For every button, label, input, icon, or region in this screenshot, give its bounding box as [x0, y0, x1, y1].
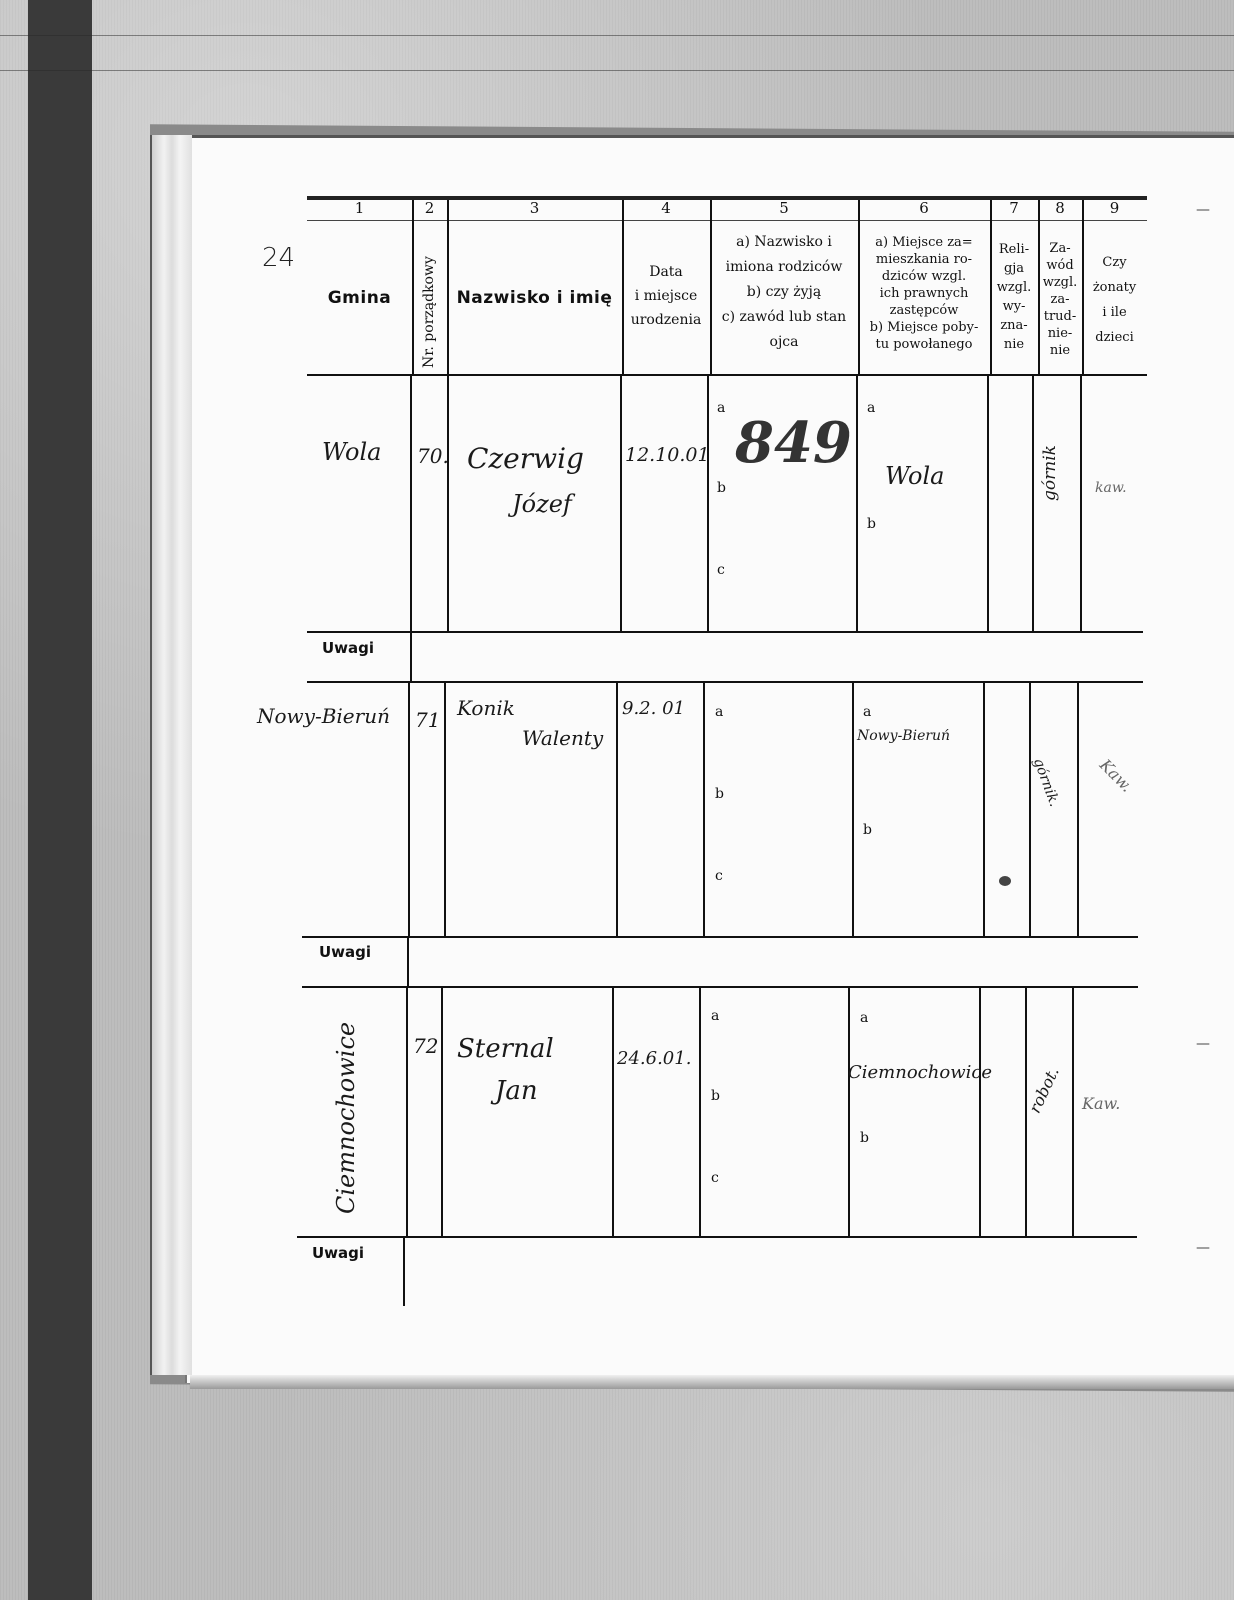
header-parents: a) Nazwisko i imiona rodziców b) czy żyj…	[710, 230, 858, 355]
column-divider	[1080, 376, 1082, 631]
column-number-divider	[307, 220, 1147, 221]
column-number-5: 5	[710, 199, 858, 217]
header-line: za-	[1038, 291, 1082, 308]
book-binding-shadow	[28, 0, 92, 1600]
entry-surname: Konik	[457, 696, 515, 720]
entry-birth-date: 12.10.01	[625, 444, 710, 466]
column-divider	[983, 683, 985, 936]
remarks-label: Uwagi	[312, 1244, 364, 1262]
column-number-6: 6	[858, 199, 990, 217]
column-number-2: 2	[412, 199, 447, 217]
header-line: dzieci	[1082, 325, 1147, 350]
header-line: urodzenia	[622, 312, 710, 328]
column-divider	[707, 376, 709, 631]
remarks-label: Uwagi	[319, 943, 371, 961]
header-line: trud-	[1038, 308, 1082, 325]
remarks-bottom-border	[302, 986, 1138, 988]
header-line: dziców wzgl.	[858, 268, 990, 285]
remarks-divider	[403, 1236, 405, 1306]
column-number-4: 4	[622, 199, 710, 217]
column-divider	[444, 683, 446, 936]
column-divider	[408, 683, 410, 936]
header-line: a) Miejsce za=	[858, 234, 990, 251]
column-divider	[412, 200, 414, 374]
header-line: mieszkania ro-	[858, 251, 990, 268]
header-marital-status: Czy żonaty i ile dzieci	[1082, 250, 1147, 350]
remarks-label: Uwagi	[322, 639, 374, 657]
header-line: Za-	[1038, 240, 1082, 257]
entry-residence-a: Wola	[885, 462, 944, 490]
sub-label-b: b	[715, 786, 724, 802]
column-number-1: 1	[307, 199, 412, 217]
header-line: nie	[990, 335, 1038, 354]
header-line: imiona rodziców	[710, 255, 858, 280]
header-line: c) zawód lub stan	[710, 305, 858, 330]
header-line: wzgl.	[990, 278, 1038, 297]
column-number-7: 7	[990, 199, 1038, 217]
column-divider	[1072, 988, 1074, 1236]
header-line: żonaty	[1082, 275, 1147, 300]
header-line: i ile	[1082, 300, 1147, 325]
entry-given-name: Jan	[495, 1076, 538, 1106]
entry-nr: 71	[415, 708, 440, 732]
entry-given-name: Józef	[512, 490, 572, 518]
column-divider	[1025, 988, 1027, 1236]
header-religion: Reli- gja wzgl. wy- zna- nie	[990, 240, 1038, 354]
header-line: tu powołanego	[858, 336, 990, 353]
header-line: zna-	[990, 316, 1038, 335]
sub-label-b: b	[867, 516, 876, 532]
sub-label-b: b	[863, 822, 872, 838]
sub-label-a: a	[715, 704, 723, 720]
header-line: nie-	[1038, 325, 1082, 342]
header-line: Reli-	[990, 240, 1038, 259]
remarks-divider	[407, 936, 409, 986]
column-number-9: 9	[1082, 199, 1147, 217]
column-divider	[447, 200, 449, 374]
header-nr-porzadkowy: Nr. porządkowy	[421, 256, 437, 368]
entry-residence-a: Ciemnochowice	[848, 1062, 992, 1083]
column-divider	[616, 683, 618, 936]
header-birth-date-place: Data i miejsce urodzenia	[622, 264, 710, 328]
ink-blot	[999, 876, 1011, 886]
entry-gmina: Wola	[322, 438, 381, 466]
column-divider	[406, 988, 408, 1236]
entry-gmina: Nowy-Bieruń	[257, 704, 390, 728]
column-divider	[979, 988, 981, 1236]
remarks-top-border	[307, 631, 1143, 633]
column-divider	[1032, 376, 1034, 631]
header-nazwisko-imie: Nazwisko i imię	[447, 288, 622, 308]
header-residence: a) Miejsce za= mieszkania ro- dziców wzg…	[858, 234, 990, 353]
sub-label-c: c	[715, 868, 723, 884]
column-divider	[848, 988, 850, 1236]
sub-label-c: c	[711, 1170, 719, 1186]
column-divider	[410, 376, 412, 631]
remarks-top-border	[302, 936, 1138, 938]
column-divider	[441, 988, 443, 1236]
sub-label-b: b	[717, 480, 726, 496]
column-divider	[447, 376, 449, 631]
entry-residence-a: Nowy-Bieruń	[857, 728, 950, 744]
entry-surname: Sternal	[457, 1034, 554, 1064]
column-divider	[703, 683, 705, 936]
margin-mark: —	[1196, 1240, 1210, 1256]
header-line: i miejsce	[622, 288, 710, 304]
column-number-8: 8	[1038, 199, 1082, 217]
remarks-divider	[410, 631, 412, 681]
header-occupation: Za- wód wzgl. za- trud- nie- nie	[1038, 240, 1082, 359]
column-divider	[856, 376, 858, 631]
entry-col5-annotation: 849	[735, 410, 852, 476]
entry-nr: 70.	[417, 444, 449, 468]
sub-label-b: b	[711, 1088, 720, 1104]
entry-birth-date: 24.6.01.	[617, 1048, 691, 1069]
header-line: wzgl.	[1038, 274, 1082, 291]
column-divider	[852, 683, 854, 936]
scan-line	[0, 35, 1234, 36]
sub-label-a: a	[867, 400, 875, 416]
sub-label-c: c	[717, 562, 725, 578]
column-divider	[620, 376, 622, 631]
column-divider	[699, 988, 701, 1236]
sub-label-a: a	[717, 400, 725, 416]
sub-label-a: a	[860, 1010, 868, 1026]
column-divider	[1029, 683, 1031, 936]
header-line: Data	[622, 264, 710, 280]
entry-occupation: górnik	[1040, 445, 1060, 501]
header-line: ojca	[710, 330, 858, 355]
remarks-bottom-border	[307, 681, 1143, 683]
page-stack-edges	[150, 135, 192, 1375]
entry-given-name: Walenty	[522, 726, 603, 750]
header-line: b) czy żyją	[710, 280, 858, 305]
margin-mark: —	[1196, 202, 1210, 218]
header-line: b) Miejsce poby-	[858, 319, 990, 336]
entry-gmina: Ciemnochowice	[332, 1022, 360, 1214]
margin-mark: —	[1196, 1036, 1210, 1052]
header-line: nie	[1038, 342, 1082, 359]
entry-marital: kaw.	[1095, 480, 1127, 496]
entry-birth-date: 9.2. 01	[622, 698, 685, 719]
header-line: gja	[990, 259, 1038, 278]
page-number: 24	[262, 243, 295, 273]
column-divider	[1077, 683, 1079, 936]
header-bottom-border	[307, 374, 1147, 376]
sub-label-a: a	[711, 1008, 719, 1024]
sub-label-a: a	[863, 704, 871, 720]
header-line: ich prawnych	[858, 285, 990, 302]
entry-surname: Czerwig	[467, 442, 584, 475]
sub-label-b: b	[860, 1130, 869, 1146]
remarks-top-border	[297, 1236, 1137, 1238]
header-line: wód	[1038, 257, 1082, 274]
header-line: wy-	[990, 297, 1038, 316]
header-line: a) Nazwisko i	[710, 230, 858, 255]
column-divider	[987, 376, 989, 631]
page-bottom-edge	[190, 1375, 1234, 1389]
header-line: Czy	[1082, 250, 1147, 275]
header-line: zastępców	[858, 302, 990, 319]
entry-nr: 72	[413, 1034, 438, 1058]
scan-line	[0, 70, 1234, 71]
column-divider	[612, 988, 614, 1236]
entry-marital: Kaw.	[1082, 1094, 1120, 1113]
header-gmina: Gmina	[307, 288, 412, 308]
column-number-3: 3	[447, 199, 622, 217]
